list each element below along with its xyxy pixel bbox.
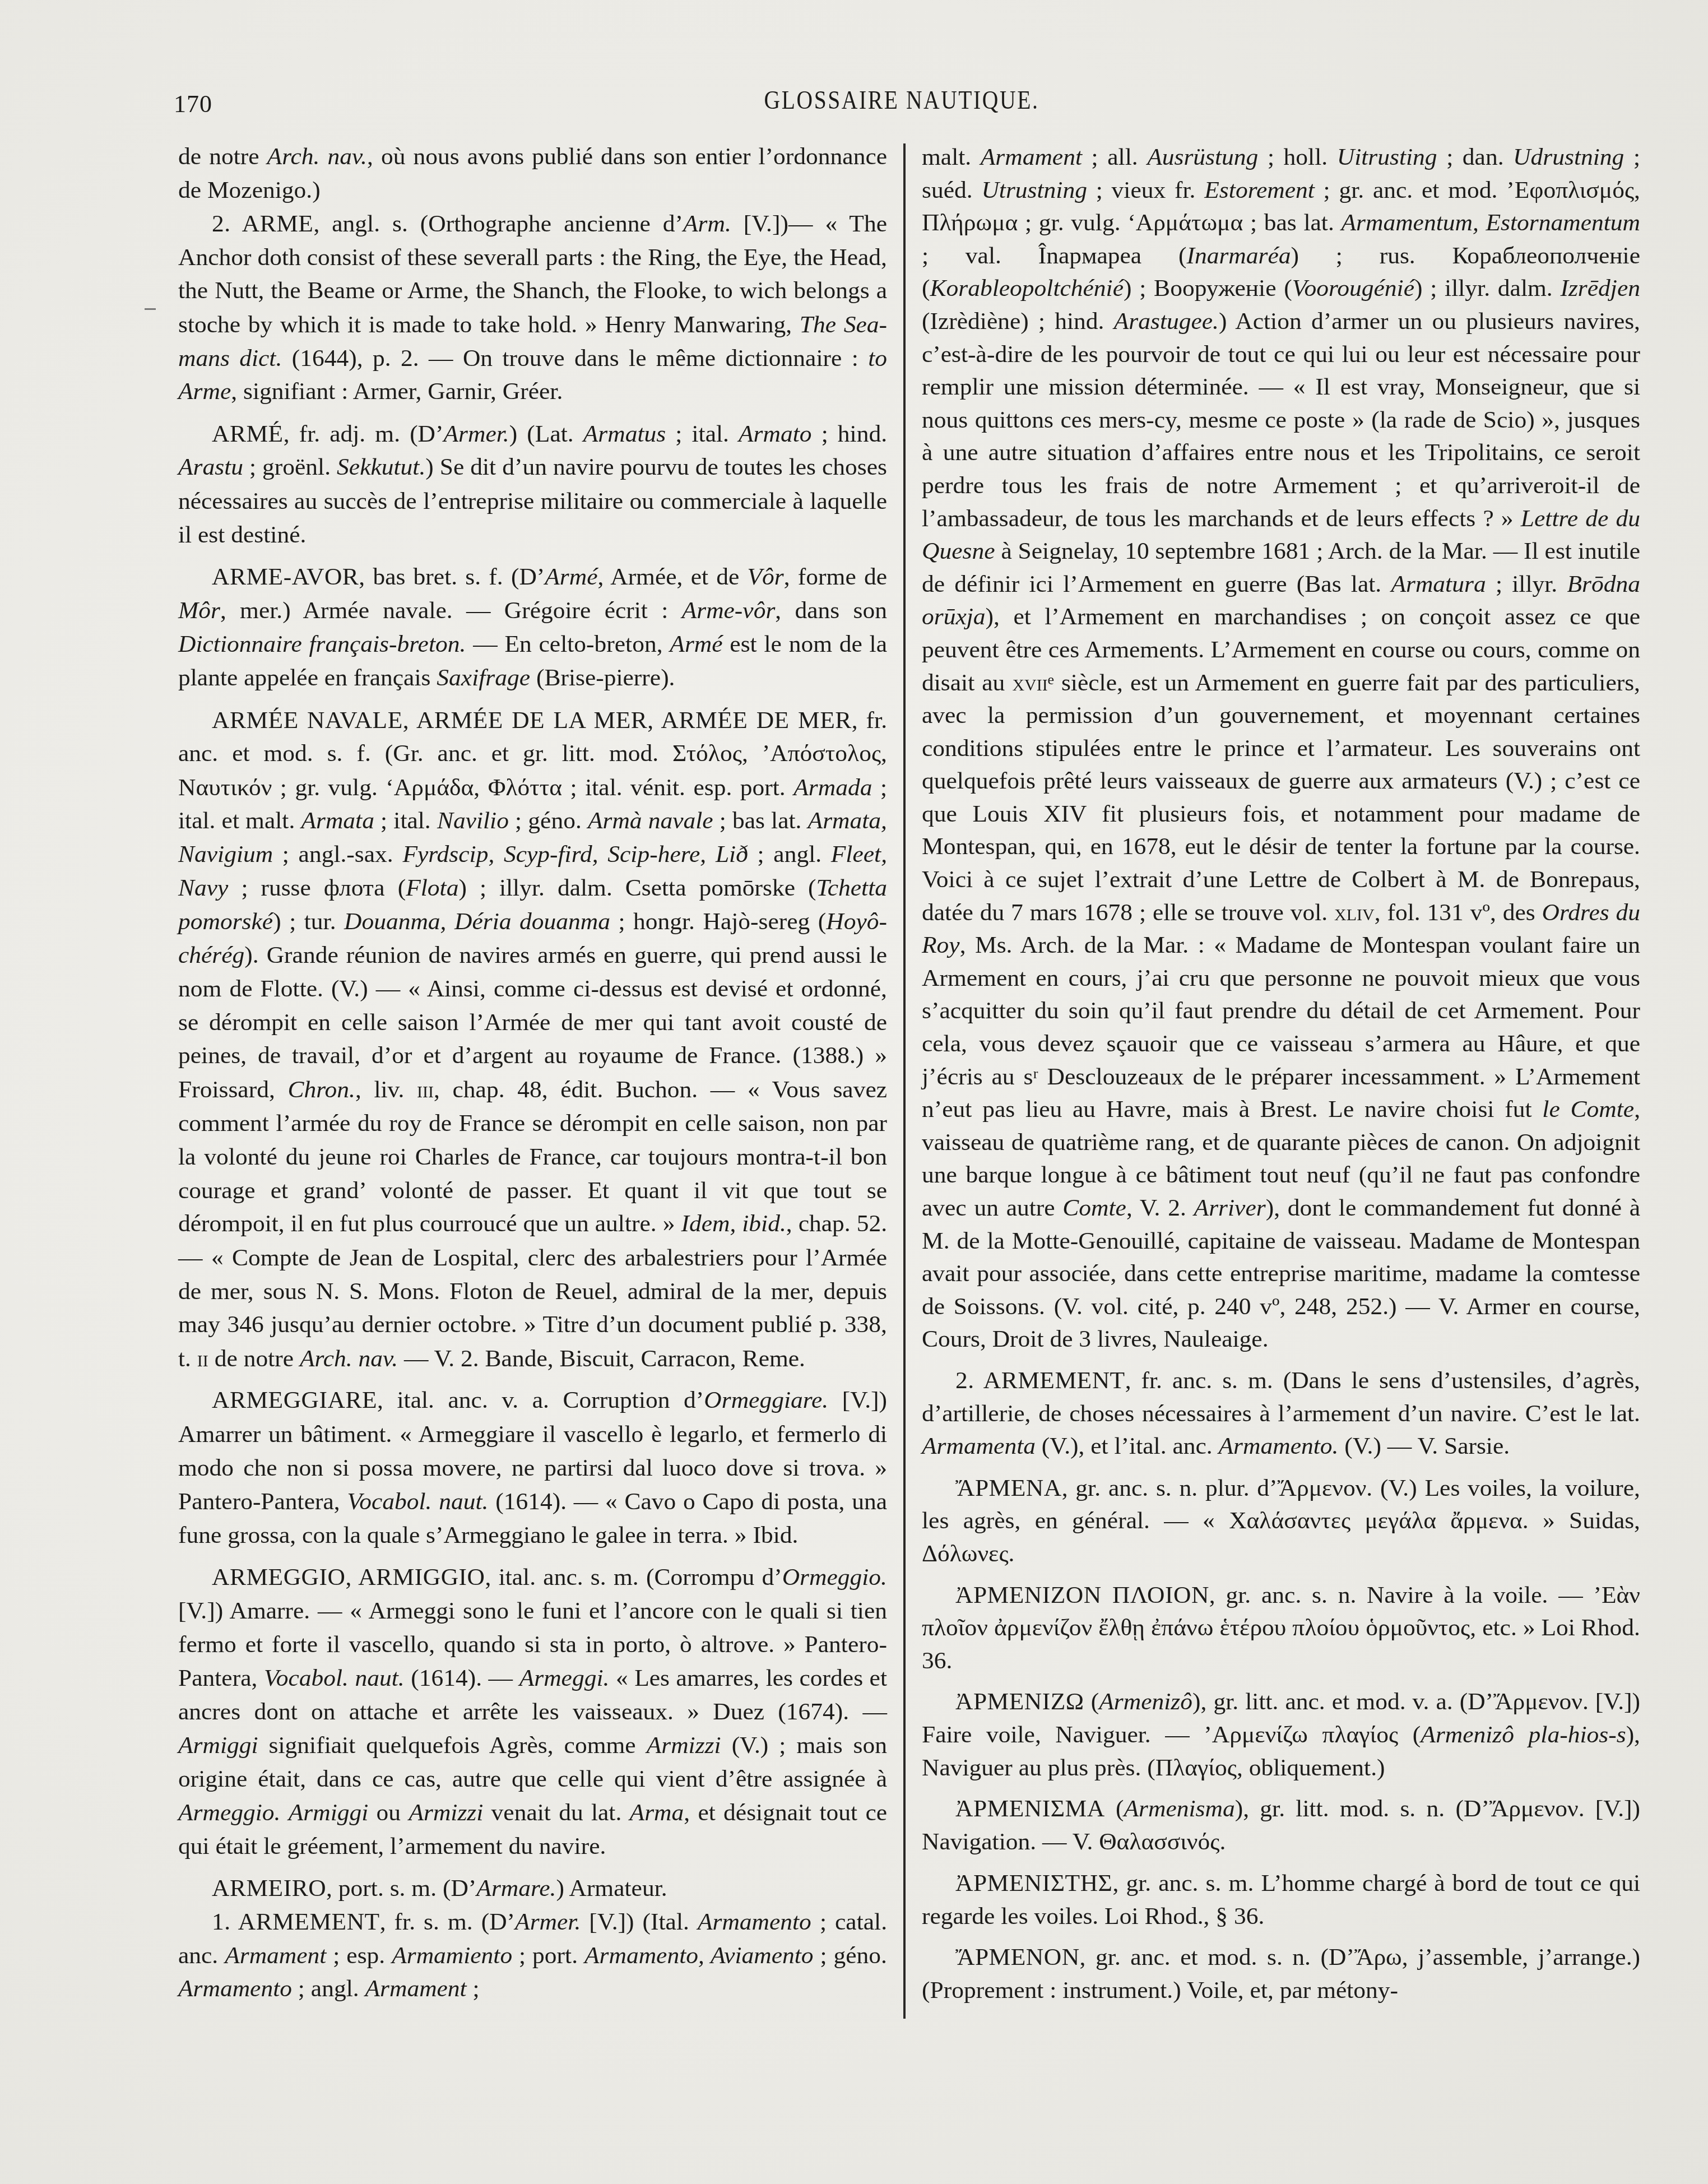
glossary-entry: ἈΡΜΕΝΙΣΤΗΣ, gr. anc. s. m. L’homme charg… <box>922 1867 1640 1933</box>
entry-text: malt. <box>922 145 981 170</box>
entry-text: ) Armateur. <box>556 1875 667 1902</box>
entry-text: ; angl. <box>292 1976 365 2002</box>
entry-text: , fr. s. m. (D’ <box>380 1909 515 1935</box>
italic-term: le Comte <box>1542 1097 1634 1123</box>
italic-term: Uitrusting <box>1337 145 1437 170</box>
italic-term: Douanma, Déria douanma <box>344 908 610 935</box>
entry-text: ; géno. <box>509 808 588 834</box>
headword: ARMÉ <box>212 421 284 447</box>
headword: 2. ARME <box>212 211 313 237</box>
entry-text: ) ; illyr. dalm. <box>1414 276 1560 302</box>
entry-text: ; holl. <box>1258 145 1336 170</box>
italic-term: Armamentum, Estornamentum <box>1342 210 1640 236</box>
italic-term: Korableopoltchénié <box>930 276 1124 302</box>
entry-text: (1614). — <box>405 1665 519 1691</box>
entry-text: ; angl.-sax. <box>273 841 402 868</box>
italic-term: Armà navale <box>588 808 713 834</box>
entry-text: ; hongr. Hajò-sereg ( <box>610 908 826 935</box>
entry-text: , ital. anc. s. m. (Corrompu d’ <box>485 1564 782 1591</box>
entry-text: — En celto-breton, <box>466 631 670 657</box>
entry-text: ) Action d’armer un ou plusieurs navires… <box>922 309 1640 531</box>
italic-term: Comte <box>1062 1195 1126 1221</box>
italic-term: Armament <box>365 1976 466 2002</box>
entry-text: ; groënl. <box>243 455 337 481</box>
entry-text: ; russe флота ( <box>228 875 406 901</box>
right-column: malt. Armament ; all. Ausrüstung ; holl.… <box>922 141 1640 2103</box>
entry-text: (1644), p. 2. — On trouve dans le même d… <box>282 345 868 371</box>
italic-term: Armamento, Aviamento <box>584 1942 814 1969</box>
italic-term: Vocabol. naut. <box>264 1665 405 1691</box>
italic-term: Ausrüstung <box>1147 145 1258 170</box>
italic-term: Armada <box>793 774 872 800</box>
entry-text: , Armée, et de <box>598 564 748 590</box>
italic-term: Inarmaréa <box>1186 243 1291 269</box>
italic-term: Armenizô <box>1099 1689 1192 1715</box>
headword: ἌΡΜΕΝΟΝ <box>955 1945 1080 1970</box>
italic-term: Voorougénié <box>1292 276 1414 302</box>
italic-term: Armare. <box>476 1875 556 1902</box>
entry-text: ; val. Înapмapea ( <box>922 243 1186 269</box>
glossary-entry: 1. ARMEMENT, fr. s. m. (D’Armer. [V.]) (… <box>178 1905 887 2006</box>
glossary-entry: ARMÉ, fr. adj. m. (D’Armer.) (Lat. Armat… <box>178 418 887 552</box>
italic-term: Estorement <box>1204 177 1315 203</box>
italic-term: Arastu <box>178 455 243 481</box>
italic-term: Armeggi. <box>519 1665 610 1691</box>
entry-text: ; hind. <box>812 421 888 447</box>
italic-term: Navilio <box>437 808 509 834</box>
entry-text: ) ; tur. <box>273 908 344 935</box>
entry-text: ; vieux fr. <box>1087 177 1204 203</box>
italic-term: Arme-vôr <box>682 597 776 624</box>
entry-text: ) ; illyr. dalm. Csetta pomōrske ( <box>458 875 816 901</box>
italic-term: Izrēdjen <box>1560 276 1640 302</box>
page-number: 170 <box>174 90 212 118</box>
glossary-entry: de notre Arch. nav., où nous avons publi… <box>178 140 887 207</box>
entry-text: — V. 2. Bande, Biscuit, Carracon, Reme. <box>398 1345 805 1371</box>
entry-text: , fr. adj. m. (D’ <box>284 421 444 447</box>
italic-term: Armatus <box>583 421 666 447</box>
glossary-entry: ARMEIRO, port. s. m. (D’Armare.) Armateu… <box>178 1872 887 1905</box>
entry-text: , mer.) Armée navale. — Grégoire écrit : <box>220 597 682 624</box>
italic-term: Armiggi <box>178 1732 258 1759</box>
italic-term: Armer. <box>515 1909 581 1935</box>
entry-text: ) (Lat. <box>509 421 583 447</box>
italic-term: Utrustning <box>981 177 1087 203</box>
entry-text: ; dan. <box>1437 145 1514 170</box>
headword: ARME-AVOR <box>212 564 359 590</box>
right-column-text: malt. Armament ; all. Ausrüstung ; holl.… <box>922 141 1640 2007</box>
entry-text: (V.) — V. Sarsie. <box>1338 1434 1510 1459</box>
italic-term: Arastugee. <box>1114 309 1219 335</box>
italic-term: Armiggi <box>289 1800 369 1826</box>
italic-term: Armata <box>301 808 374 834</box>
italic-term: Arma <box>630 1800 684 1826</box>
column-divider <box>903 143 906 2019</box>
italic-term: Armamenta <box>922 1434 1036 1459</box>
italic-term: Udrustning <box>1513 145 1624 170</box>
entry-text: , forme de <box>784 564 887 590</box>
italic-term: Arm. <box>683 211 731 237</box>
italic-term: Armenizô pla-hios-s <box>1421 1722 1626 1748</box>
entry-text: ; port. <box>512 1942 584 1969</box>
italic-term: Vocabol. naut. <box>347 1489 488 1515</box>
italic-term: Fyrdscip, Scyp-fird, Scip-here, Lið <box>402 841 748 868</box>
italic-term: Arch. nav. <box>267 143 367 170</box>
entry-text <box>280 1800 288 1826</box>
entry-text: ; bas lat. <box>713 808 808 834</box>
italic-term: Dictionnaire français-breton. <box>178 631 466 657</box>
glossary-entry: ARMEGGIARE, ital. anc. v. a. Corruption … <box>178 1384 887 1552</box>
entry-text: , signifiant : Armer, Garnir, Gréer. <box>231 378 563 405</box>
headword: ἈΡΜΕΝΙΣΤΗΣ <box>955 1871 1112 1896</box>
entry-text: de notre <box>178 143 267 170</box>
glossary-entry: ἈΡΜΕΝΙΖΩ (Armenizô), gr. litt. anc. et m… <box>922 1686 1640 1785</box>
entry-text: venait du lat. <box>483 1800 629 1826</box>
italic-term: Armizzi <box>409 1800 483 1826</box>
italic-term: Armer. <box>444 421 509 447</box>
roman-numeral: ii <box>197 1345 208 1371</box>
headword: ἌΡΜΕΝΑ <box>955 1475 1062 1501</box>
running-head: 170 GLOSSAIRE NAUTIQUE. <box>168 78 1635 123</box>
entry-text: , Ms. Arch. de la Mar. : « Madame de Mon… <box>922 933 1640 1123</box>
entry-text: , liv. <box>355 1077 417 1103</box>
entry-text: (Izrèdiène) ; hind. <box>922 309 1114 335</box>
italic-term: Armamento <box>698 1909 811 1935</box>
italic-term: Armatura <box>1391 572 1486 597</box>
margin-mark <box>145 308 156 310</box>
entry-text: , angl. s. (Orthographe ancienne d’ <box>313 211 683 237</box>
entry-text: ; illyr. <box>1486 572 1567 597</box>
italic-term: Môr <box>178 597 220 624</box>
headword: ARMEIRO <box>212 1875 326 1902</box>
entry-text: , bas bret. s. f. (D’ <box>359 564 545 590</box>
italic-term: Sekkutut. <box>337 455 425 481</box>
glossary-entry: 2. ARMEMENT, fr. anc. s. m. (Dans le sen… <box>922 1365 1640 1463</box>
entry-text: , port. s. m. (D’ <box>326 1875 476 1902</box>
headword: ἈΡΜΕΝΙΖΩ <box>955 1689 1084 1715</box>
italic-term: Armé <box>670 631 722 657</box>
italic-term: Armament <box>981 145 1082 170</box>
glossary-entry: 2. ARME, angl. s. (Orthographe ancienne … <box>178 207 887 409</box>
entry-text: ᵉ siècle, est un Armement en guerre fait… <box>922 670 1640 925</box>
italic-term: Ormeggio. <box>782 1564 887 1591</box>
entry-text: , fol. 131 vº, des <box>1375 900 1542 926</box>
roman-numeral: xliv <box>1334 900 1375 926</box>
entry-text: ; esp. <box>326 1942 392 1969</box>
italic-term: Arriver <box>1194 1195 1266 1221</box>
italic-term: Armeggio. <box>178 1800 280 1826</box>
entry-text: , V. 2. <box>1126 1195 1194 1221</box>
headword: ARMEGGIO, ARMIGGIO <box>212 1564 485 1591</box>
glossary-entry: ARMÉE NAVALE, ARMÉE DE LA MER, ARMÉE DE … <box>178 704 887 1376</box>
italic-term: Armamiento <box>392 1942 512 1969</box>
entry-text: ou <box>368 1800 409 1826</box>
entry-text: , dans son <box>775 597 887 624</box>
entry-text: signifiait quelquefois Agrès, comme <box>258 1732 647 1759</box>
glossary-entry: ἈΡΜΕΝΙΖΟΝ ΠΛΟΙΟΝ, gr. anc. s. n. Navire … <box>922 1579 1640 1678</box>
italic-term: Chron. <box>287 1077 355 1103</box>
italic-term: Arch. nav. <box>300 1345 398 1371</box>
italic-term: Flota <box>406 875 458 901</box>
running-title: GLOSSAIRE NAUTIQUE. <box>271 85 1532 115</box>
entry-text: de notre <box>208 1345 300 1371</box>
headword: 1. ARMEMENT <box>212 1909 380 1935</box>
glossary-entry: malt. Armament ; all. Ausrüstung ; holl.… <box>922 141 1640 1356</box>
italic-term: Saxifrage <box>437 665 530 691</box>
entry-text: ; ital. <box>374 808 437 834</box>
entry-text: ( <box>1084 1689 1099 1715</box>
italic-term: Armato <box>739 421 812 447</box>
headword: ARMÉE NAVALE, ARMÉE DE LA MER, ARMÉE DE … <box>212 707 852 734</box>
italic-term: Vôr <box>748 564 784 590</box>
entry-text: (V.), et l’ital. anc. <box>1036 1434 1219 1459</box>
entry-text: ; angl. <box>748 841 831 868</box>
headword: ARMEGGIARE <box>212 1388 377 1414</box>
headword: 2. ARMEMENT <box>955 1368 1125 1394</box>
entry-text: ) ; Вооруженіе ( <box>1124 276 1292 302</box>
glossary-entry: ἌΡΜΕΝΑ, gr. anc. s. n. plur. d’Ἄρμενον. … <box>922 1472 1640 1571</box>
book-page: 170 GLOSSAIRE NAUTIQUE. de notre Arch. n… <box>0 0 1708 2184</box>
entry-text: ; géno. <box>814 1942 887 1969</box>
headword: ἈΡΜΕΝΙΣΜΑ <box>955 1796 1105 1822</box>
glossary-entry: ἌΡΜΕΝΟΝ, gr. anc. et mod. s. n. (D’Ἄρω, … <box>922 1941 1640 2007</box>
entry-text: [V.]) (Ital. <box>581 1909 698 1935</box>
italic-term: Armenisma <box>1124 1796 1234 1822</box>
left-column-text: de notre Arch. nav., où nous avons publi… <box>178 140 887 2006</box>
italic-term: Armament <box>225 1942 326 1969</box>
italic-term: Armamento. <box>1219 1434 1339 1459</box>
italic-term: Armizzi <box>647 1732 721 1759</box>
entry-text: , ital. anc. v. a. Corruption d’ <box>377 1388 704 1414</box>
glossary-entry: ARME-AVOR, bas bret. s. f. (D’Armé, Armé… <box>178 560 887 695</box>
roman-numeral: xvii <box>1012 670 1047 695</box>
roman-numeral: iii <box>417 1077 434 1103</box>
entry-text: ; <box>467 1976 480 2002</box>
glossary-entry: ARMEGGIO, ARMIGGIO, ital. anc. s. m. (Co… <box>178 1561 887 1863</box>
entry-text: ; all. <box>1082 145 1147 170</box>
glossary-entry: ἈΡΜΕΝΙΣΜΑ (Armenisma), gr. litt. mod. s.… <box>922 1793 1640 1859</box>
italic-term: Ormeggiare. <box>704 1388 828 1414</box>
italic-term: Armamento <box>178 1976 292 2002</box>
italic-term: Armé <box>545 564 597 590</box>
headword: ἈΡΜΕΝΙΖΟΝ ΠΛΟΙΟΝ <box>955 1582 1209 1608</box>
entry-text: ( <box>1105 1796 1124 1822</box>
entry-text: ; ital. <box>666 421 739 447</box>
left-column: de notre Arch. nav., où nous avons publi… <box>178 140 887 2058</box>
italic-term: Idem, ibid. <box>681 1211 786 1237</box>
entry-text: (Brise-pierre). <box>530 665 675 691</box>
